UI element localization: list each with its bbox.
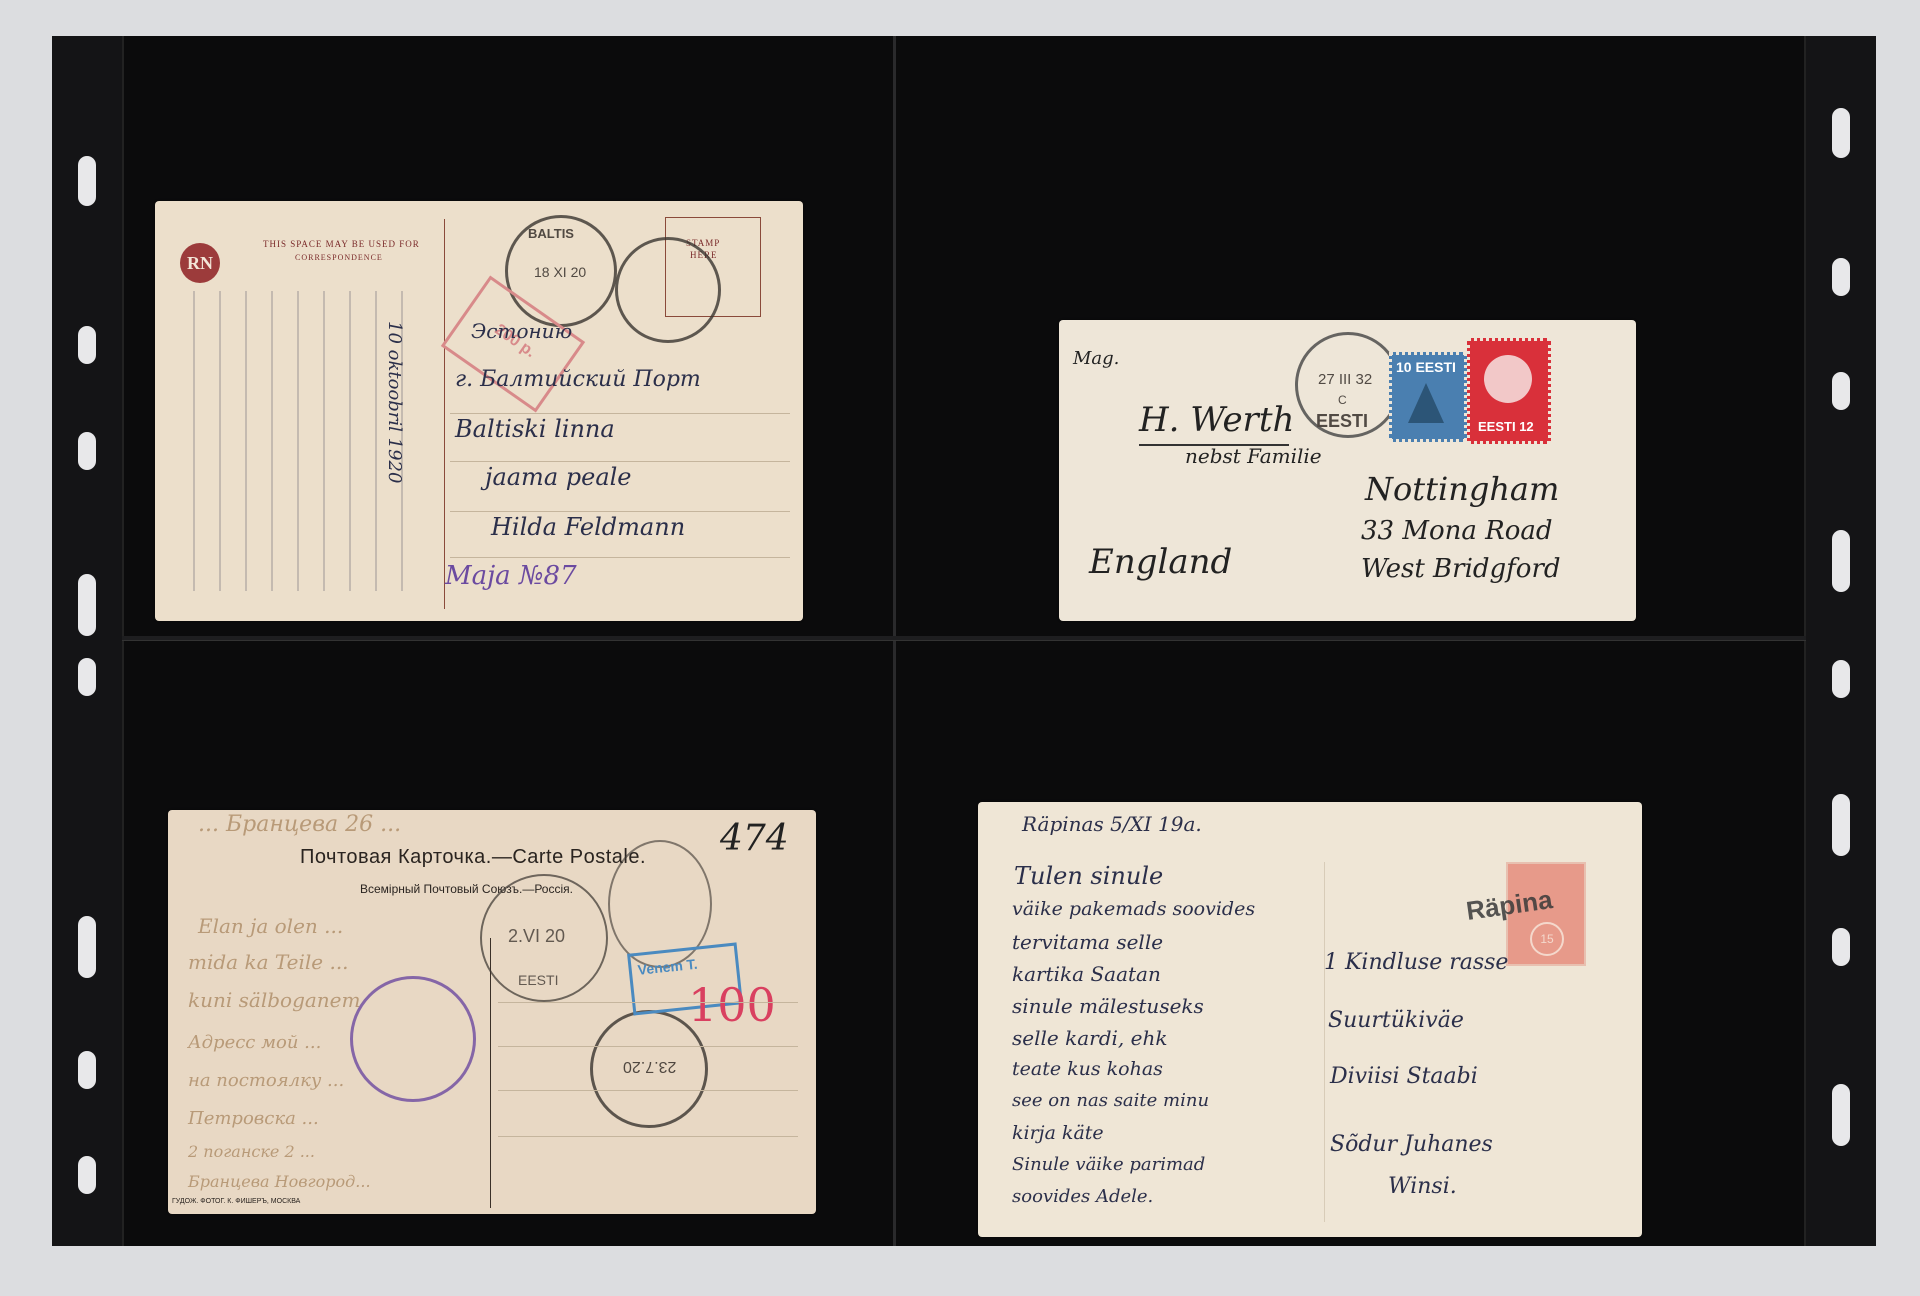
address-city: Nottingham (1365, 470, 1559, 508)
item-number: 474 (720, 818, 789, 859)
message-line: see on nas saite minu (1012, 1090, 1209, 1111)
address-line: 1 Kindluse rasse (1324, 950, 1508, 975)
envelope-top-right: Mag. 27 III 32 C EESTI 10 EESTI EESTI 12… (1059, 320, 1636, 621)
binder-hole (1832, 372, 1850, 410)
address-line: г. Балтийский Порт (455, 367, 701, 392)
message-line: selle kardi, ehk (1012, 1026, 1167, 1050)
binder-hole (1832, 1084, 1850, 1146)
message-line: tervitama selle (1012, 930, 1163, 954)
message-line: Sinule väike parimad (1012, 1154, 1205, 1175)
binder-hole (78, 574, 96, 636)
address-line: jaama peale (485, 463, 632, 491)
binder-hole (78, 916, 96, 978)
binder-hole (1832, 794, 1850, 856)
message-line: kartika Saatan (1012, 962, 1161, 986)
pocket-edge (1804, 36, 1806, 1246)
rn-logo: RN (180, 243, 220, 283)
stamp-red: EESTI 12 (1467, 338, 1551, 444)
binder-hole (78, 156, 96, 206)
printed-header: THIS SPACE MAY BE USED FOR (263, 239, 420, 249)
postmark (615, 237, 721, 343)
address-line: West Bridgford (1361, 554, 1561, 584)
binder-hole (78, 658, 96, 696)
postmark: 2.VI 20 EESTI (480, 874, 608, 1002)
printed-header: CORRESPONDENCE (295, 253, 383, 262)
binder-strip-right (1806, 36, 1876, 1246)
message-line: kirja käte (1012, 1122, 1104, 1144)
address-line: Winsi. (1388, 1174, 1457, 1199)
postcard-header: Räpinas 5/XI 19a. (1022, 812, 1202, 836)
address-line: Эстонию (471, 319, 572, 343)
postmark: 27 III 32 C EESTI (1295, 332, 1401, 438)
message-line: soovides Adele. (1012, 1186, 1153, 1207)
postcard-top-left: RN THIS SPACE MAY BE USED FOR CORRESPOND… (155, 201, 803, 621)
pocket-edge (122, 36, 124, 1246)
postcard-bottom-right: Räpinas 5/XI 19a. 15 Räpina Tulen sinule… (978, 802, 1642, 1237)
address-line: Sõdur Juhanes (1330, 1132, 1493, 1157)
envelope-prefix: Mag. (1073, 348, 1119, 369)
binder-hole (78, 432, 96, 470)
message-line: väike pakemads soovides (1012, 898, 1255, 920)
binder-hole (78, 1156, 96, 1194)
address-line: nebst Familie (1185, 444, 1322, 468)
binder-hole (1832, 928, 1850, 966)
binder-hole (78, 326, 96, 364)
binder-hole (1832, 660, 1850, 698)
red-mark: 100 (688, 978, 776, 1032)
printed-title: Почтовая Карточка.—Carte Postale. (300, 846, 646, 869)
message-line: teate kus kohas (1012, 1058, 1163, 1080)
note-mark: Maja №87 (445, 561, 577, 591)
handwritten-message (175, 291, 425, 591)
address-country: England (1089, 542, 1232, 582)
address-line: Hilda Feldmann (491, 513, 685, 541)
center-rule (444, 219, 445, 609)
message-line: sinule mälestuseks (1012, 994, 1204, 1018)
address-line: Diviisi Staabi (1330, 1064, 1478, 1089)
stamp-blue: 10 EESTI (1389, 352, 1467, 442)
binder-hole (1832, 108, 1850, 158)
binder-hole (78, 1051, 96, 1089)
pocket-divider-vertical (893, 36, 896, 1246)
center-rule (1324, 862, 1325, 1222)
binder-strip-left (52, 36, 122, 1246)
binder-hole (1832, 530, 1850, 592)
address-line: Baltiski linna (455, 415, 615, 443)
postcard-bottom-left: Почтовая Карточка.—Carte Postale. Всемір… (168, 810, 816, 1214)
center-rule (490, 938, 491, 1208)
binder-hole (1832, 258, 1850, 296)
message-line: Tulen sinule (1014, 862, 1163, 890)
address-line: 33 Mona Road (1361, 516, 1553, 546)
address-name: H. Werth (1139, 400, 1294, 440)
printed-footer: ГУДОЖ. ФОТОГ. К. ФИШЕРЪ, МОСКВА (172, 1198, 300, 1205)
address-line: Suurtükiväe (1328, 1008, 1464, 1033)
pocket-divider-horizontal (122, 636, 1806, 640)
postmark-purple (350, 976, 476, 1102)
